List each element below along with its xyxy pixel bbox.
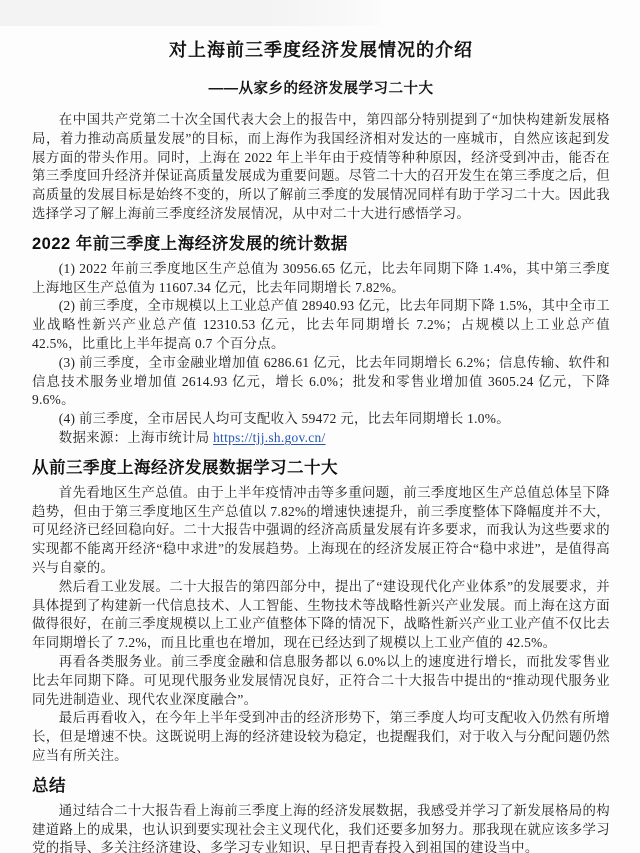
page-subtitle: ——从家乡的经济发展学习二十大: [32, 79, 610, 99]
analysis-paragraph-industry: 然后看工业发展。二十大报告的第四部分中，提出了“建设现代化产业体系”的发展要求，…: [32, 578, 610, 653]
stat-item-services: (3) 前三季度，全市金融业增加值 6286.61 亿元，比去年同期增长 6.2…: [32, 354, 610, 410]
scan-shading-band: [0, 0, 380, 26]
intro-section: 在中国共产党第二十次全国代表大会上的报告中，第四部分特别提到了“加快构建新发展格…: [32, 111, 610, 224]
stat-item-industry: (2) 前三季度，全市规模以上工业总产值 28940.93 亿元，比去年同期下降…: [32, 297, 610, 353]
summary-section: 通过结合二十大报告看上海前三季度上海的经济发展数据，我感受并学习了新发展格局的构…: [32, 802, 610, 853]
stat-item-income: (4) 前三季度，全市居民人均可支配收入 59472 元，比去年同期增长 1.0…: [32, 410, 610, 429]
section-heading-summary: 总结: [32, 775, 610, 797]
data-source-label: 数据来源：上海市统计局: [59, 430, 210, 445]
analysis-paragraph-gdp: 首先看地区生产总值。由于上半年疫情冲击等多重问题，前三季度地区生产总值总体呈下降…: [32, 484, 610, 578]
analysis-section: 首先看地区生产总值。由于上半年疫情冲击等多重问题，前三季度地区生产总值总体呈下降…: [32, 484, 610, 766]
data-source-line: 数据来源：上海市统计局 https://tjj.sh.gov.cn/: [32, 429, 610, 448]
page-title: 对上海前三季度经济发展情况的介绍: [32, 38, 610, 62]
statistics-section: (1) 2022 年前三季度地区生产总值为 30956.65 亿元，比去年同期下…: [32, 260, 610, 448]
document-page: 对上海前三季度经济发展情况的介绍 ——从家乡的经济发展学习二十大 在中国共产党第…: [0, 0, 640, 853]
summary-paragraph: 通过结合二十大报告看上海前三季度上海的经济发展数据，我感受并学习了新发展格局的构…: [32, 802, 610, 853]
analysis-paragraph-income: 最后再看收入，在今年上半年受到冲击的经济形势下，第三季度人均可支配收入仍然有所增…: [32, 709, 610, 765]
data-source-link[interactable]: https://tjj.sh.gov.cn/: [213, 430, 326, 445]
section-heading-statistics: 2022 年前三季度上海经济发展的统计数据: [32, 233, 610, 255]
section-heading-analysis: 从前三季度上海经济发展数据学习二十大: [32, 457, 610, 479]
stat-item-gdp: (1) 2022 年前三季度地区生产总值为 30956.65 亿元，比去年同期下…: [32, 260, 610, 298]
analysis-paragraph-services: 再看各类服务业。前三季度金融和信息服务都以 6.0%以上的速度进行增长，而批发零…: [32, 653, 610, 709]
intro-paragraph: 在中国共产党第二十次全国代表大会上的报告中，第四部分特别提到了“加快构建新发展格…: [32, 111, 610, 224]
